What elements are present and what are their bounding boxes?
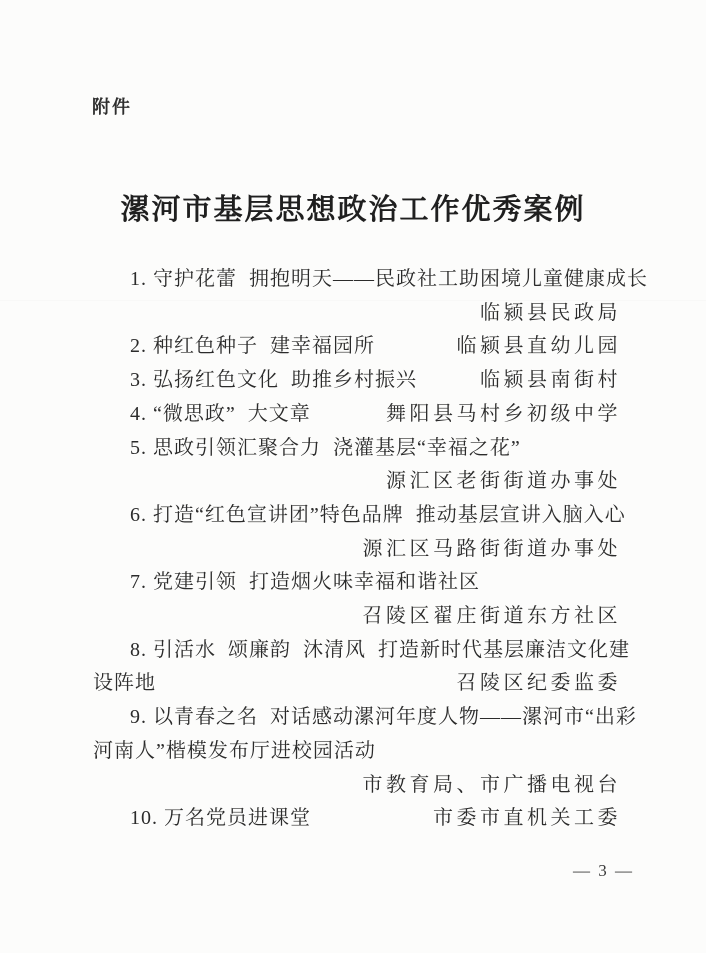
- case-title-text: 设阵地: [93, 667, 156, 701]
- attachment-label: 附件: [92, 93, 132, 119]
- case-row-10: 10. 万名党员进课堂 市委市直机关工委: [93, 802, 621, 836]
- case-row-6-title: 6. 打造“红色宣讲团”特色品牌 推动基层宣讲入脑入心: [93, 499, 621, 533]
- case-row-9-org: 市教育局、市广播电视台: [93, 769, 621, 803]
- case-title-text: 4. “微思政” 大文章: [93, 398, 311, 432]
- case-title-text: 3. 弘扬红色文化 助推乡村振兴: [93, 364, 417, 398]
- case-row-8-wrap-and-org: 设阵地 召陵区纪委监委: [93, 667, 621, 701]
- case-row-2: 2. 种红色种子 建幸福园所 临颍县直幼儿园: [93, 330, 621, 364]
- case-org-text: 召陵区翟庄街道东方社区: [363, 600, 622, 634]
- case-title-text: 7. 党建引领 打造烟火味幸福和谐社区: [93, 566, 480, 600]
- case-org-text: 源汇区马路街街道办事处: [363, 533, 622, 567]
- scanned-document-page: 附件 漯河市基层思想政治工作优秀案例 1. 守护花蕾 拥抱明天——民政社工助困境…: [0, 0, 706, 953]
- case-row-7-title: 7. 党建引领 打造烟火味幸福和谐社区: [93, 566, 621, 600]
- page-number: — 3 —: [573, 861, 634, 881]
- document-title: 漯河市基层思想政治工作优秀案例: [0, 187, 706, 228]
- case-list: 1. 守护花蕾 拥抱明天——民政社工助困境儿童健康成长 临颍县民政局 2. 种红…: [93, 263, 621, 836]
- case-org-text: 召陵区纪委监委: [457, 667, 622, 701]
- case-row-5-org: 源汇区老街街道办事处: [93, 465, 621, 499]
- case-row-7-org: 召陵区翟庄街道东方社区: [93, 600, 621, 634]
- case-row-9-wrap: 河南人”楷模发布厅进校园活动: [93, 735, 621, 769]
- case-title-text: 10. 万名党员进课堂: [93, 802, 311, 836]
- case-title-text: 5. 思政引领汇聚合力 浇灌基层“幸福之花”: [93, 432, 521, 466]
- case-title-text: 1. 守护花蕾 拥抱明天——民政社工助困境儿童健康成长: [93, 263, 648, 297]
- case-row-4: 4. “微思政” 大文章 舞阳县马村乡初级中学: [93, 398, 621, 432]
- case-row-9-title: 9. 以青春之名 对话感动漯河年度人物——漯河市“出彩: [93, 701, 621, 735]
- case-title-text: 9. 以青春之名 对话感动漯河年度人物——漯河市“出彩: [93, 701, 637, 735]
- case-row-8-title: 8. 引活水 颂廉韵 沐清风 打造新时代基层廉洁文化建: [93, 634, 621, 668]
- case-title-text: 河南人”楷模发布厅进校园活动: [93, 735, 376, 769]
- case-row-3: 3. 弘扬红色文化 助推乡村振兴 临颍县南街村: [93, 364, 621, 398]
- case-row-1-title: 1. 守护花蕾 拥抱明天——民政社工助困境儿童健康成长: [93, 263, 621, 297]
- case-row-6-org: 源汇区马路街街道办事处: [93, 533, 621, 567]
- case-org-text: 临颍县直幼儿园: [457, 330, 622, 364]
- case-title-text: 8. 引活水 颂廉韵 沐清风 打造新时代基层廉洁文化建: [93, 634, 630, 668]
- case-row-1-org: 临颍县民政局: [93, 297, 621, 331]
- case-org-text: 源汇区老街街道办事处: [386, 465, 621, 499]
- case-org-text: 舞阳县马村乡初级中学: [386, 398, 621, 432]
- case-org-text: 市教育局、市广播电视台: [363, 769, 622, 803]
- case-org-text: 临颍县民政局: [480, 297, 621, 331]
- case-org-text: 临颍县南街村: [480, 364, 621, 398]
- case-org-text: 市委市直机关工委: [433, 802, 621, 836]
- case-title-text: 2. 种红色种子 建幸福园所: [93, 330, 375, 364]
- case-title-text: 6. 打造“红色宣讲团”特色品牌 推动基层宣讲入脑入心: [93, 499, 626, 533]
- case-row-5-title: 5. 思政引领汇聚合力 浇灌基层“幸福之花”: [93, 432, 621, 466]
